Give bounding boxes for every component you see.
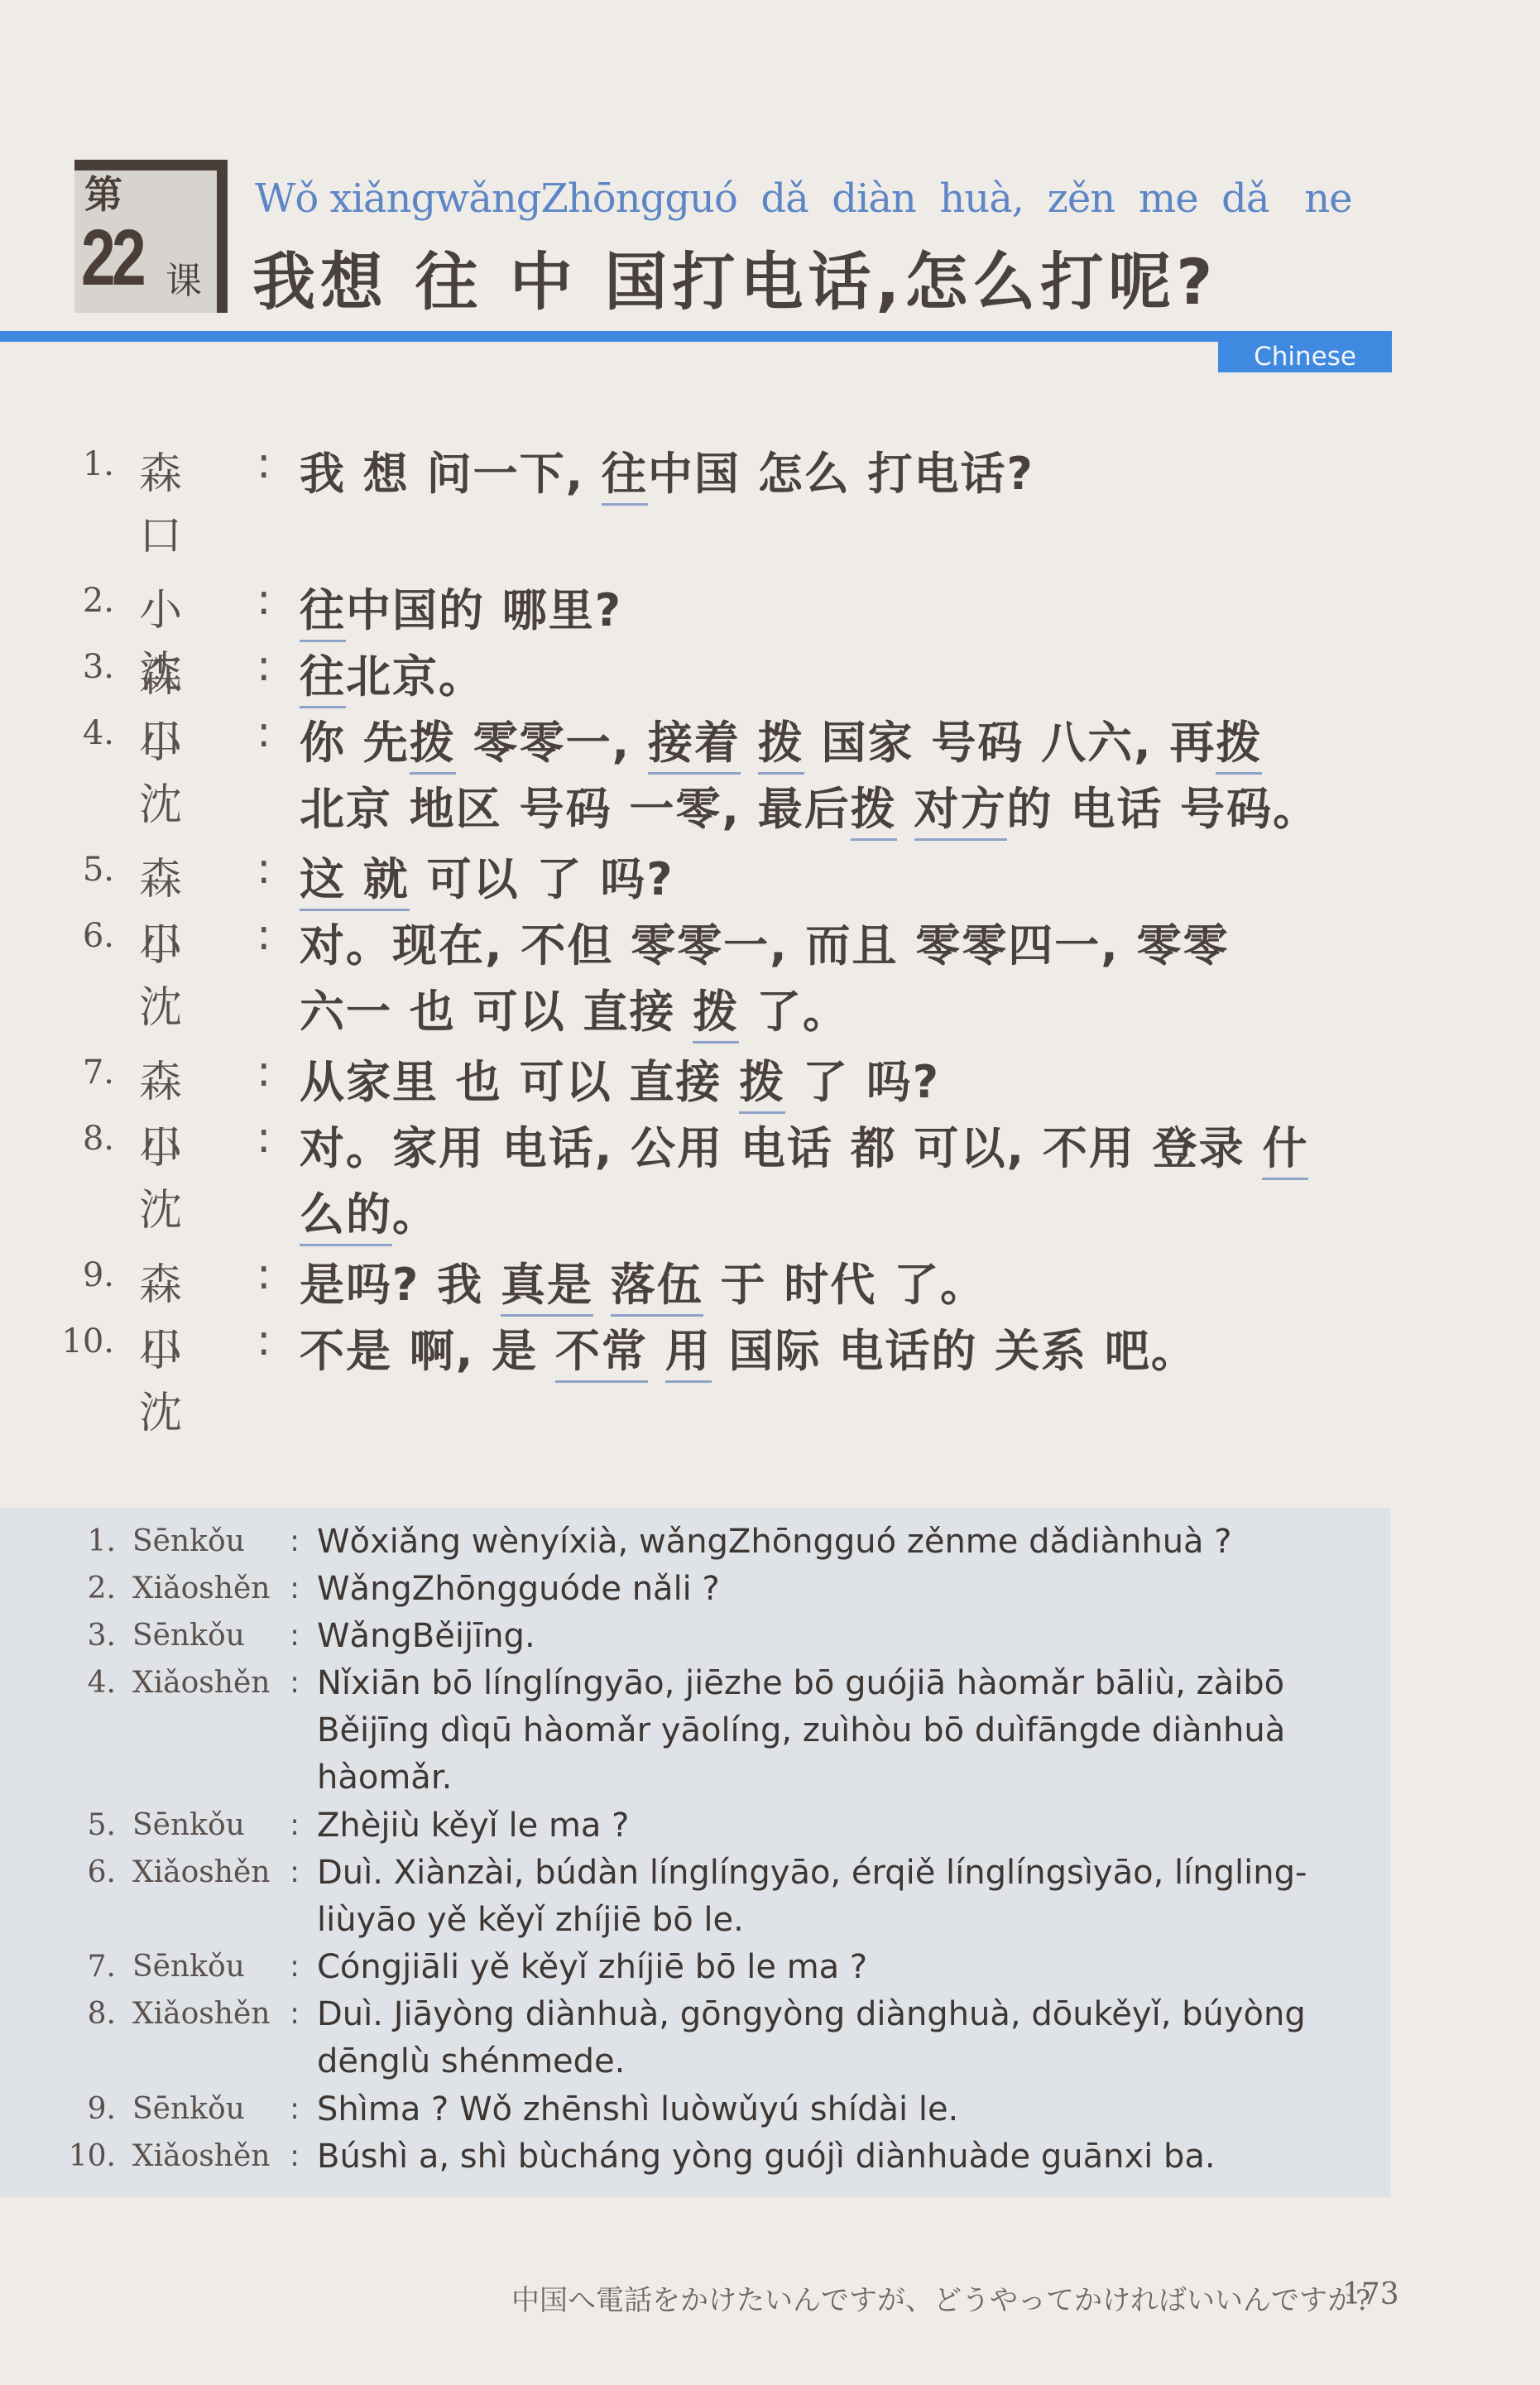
speaker-name: Sēnkǒu <box>132 1619 245 1653</box>
speaker-name: Xiǎoshěn <box>132 1997 270 2031</box>
speaker-name: 小沈 <box>139 910 182 1034</box>
speaker-colon: : <box>290 2139 300 2173</box>
vocab-underline: 往 <box>602 448 648 506</box>
speaker-colon: : <box>290 1808 300 1842</box>
line-number: 3. <box>66 1619 116 1653</box>
line-number: 8. <box>40 1120 114 1158</box>
text-segment: 你 先 <box>300 717 410 769</box>
text-segment: 的 电话 号码。 <box>1007 783 1320 835</box>
text-segment: 北京 地区 号码 一零, 最后 <box>300 783 851 835</box>
speaker-colon: : <box>290 1997 300 2031</box>
lesson-number: 22 <box>81 218 142 298</box>
speaker-colon: : <box>290 1950 300 1984</box>
pinyin-text: hàomǎr. <box>317 1759 452 1797</box>
text-segment <box>593 1259 611 1311</box>
pinyin-text: Zhèjiù kěyǐ le ma ? <box>317 1807 629 1845</box>
pinyin-text: Búshì a, shì bùcháng yòng guójì diànhuàd… <box>317 2138 1216 2176</box>
dialogue-text: 往北京。 <box>300 641 485 705</box>
lesson-prefix: 第 <box>84 175 122 214</box>
line-number: 7. <box>40 1053 114 1092</box>
speaker-colon: : <box>257 1047 271 1097</box>
pinyin-text: Duì. Jiāyòng diànhuà, gōngyòng diànghuà,… <box>317 1995 1306 2033</box>
pinyin-text: WǎngBěijīng. <box>317 1617 535 1655</box>
text-segment: 中国的 哪里? <box>346 584 622 636</box>
text-segment: 北京。 <box>346 650 485 703</box>
line-number: 4. <box>66 1666 116 1700</box>
vocab-underline: 真是 <box>501 1259 593 1317</box>
line-number: 2. <box>40 582 114 620</box>
pinyin-text: Nǐxiān bō línglíngyāo, jiēzhe bō guójiā … <box>317 1664 1284 1702</box>
speaker-colon: : <box>257 1113 271 1163</box>
speaker-colon: : <box>257 708 271 757</box>
dialogue-text: 不是 啊, 是 不常 用 国际 电话的 关系 吧。 <box>300 1316 1197 1380</box>
speaker-colon: : <box>257 1250 271 1299</box>
page-number: 173 <box>1342 2277 1399 2311</box>
vocab-underline: 么的 <box>300 1188 392 1246</box>
line-number: 8. <box>66 1997 116 2031</box>
speaker-name: Sēnkǒu <box>132 1524 245 1558</box>
speaker-colon: : <box>290 1855 300 1889</box>
speaker-colon: : <box>257 910 271 960</box>
speaker-colon: : <box>257 844 271 894</box>
pinyin-text: Cóngjiāli yě kěyǐ zhíjiē bō le ma ? <box>317 1948 867 1986</box>
text-segment: 。 <box>392 1188 439 1240</box>
header-divider <box>0 331 1392 342</box>
text-segment: 我 想 问一下, <box>300 448 602 500</box>
speaker-name: Xiǎoshěn <box>132 1666 270 1700</box>
dialogue-text: 你 先拨 零零一, 接着 拨 国家 号码 八六, 再拨 <box>300 708 1262 771</box>
pinyin-text: dēnglù shénmede. <box>317 2042 625 2080</box>
line-number: 6. <box>40 917 114 955</box>
vocab-underline: 拨 <box>693 986 739 1044</box>
pinyin-text: Běijīng dìqū hàomǎr yāolíng, zuìhòu bō d… <box>317 1711 1285 1749</box>
pinyin-transcription-box: 1.Sēnkǒu:Wǒxiǎng wènyíxià, wǎngZhōngguó … <box>0 1508 1390 2197</box>
pinyin-text: WǎngZhōngguóde nǎli ? <box>317 1570 720 1608</box>
line-number: 7. <box>66 1950 116 1984</box>
line-number: 4. <box>40 714 114 752</box>
line-number: 2. <box>66 1572 116 1605</box>
vocab-underline: 这 就 <box>300 853 410 911</box>
dialogue-text: 对。家用 电话, 公用 电话 都 可以, 不用 登录 什 <box>300 1113 1308 1177</box>
vocab-underline: 拨 <box>739 1056 785 1114</box>
text-segment: 了。 <box>739 986 849 1038</box>
text-segment: 是吗? 我 <box>300 1259 501 1311</box>
dialogue-text: 对。现在, 不但 零零一, 而且 零零四一, 零零 <box>300 910 1230 974</box>
dialogue-text: 从家里 也 可以 直接 拨 了 吗? <box>300 1047 940 1111</box>
line-number: 1. <box>40 445 114 483</box>
text-segment: 不是 啊, 是 <box>300 1325 555 1377</box>
speaker-colon: : <box>290 1619 300 1653</box>
vocab-underline: 不常 <box>555 1325 648 1383</box>
dialogue-text: 往中国的 哪里? <box>300 575 622 639</box>
text-segment: 对。家用 电话, 公用 电话 都 可以, 不用 登录 <box>300 1122 1262 1174</box>
text-segment: 从家里 也 可以 直接 <box>300 1056 739 1108</box>
page-title: 我想 往 中 国打电话,怎么打呢? <box>252 232 1217 322</box>
line-number: 1. <box>66 1524 116 1558</box>
line-number: 9. <box>66 2092 116 2126</box>
vocab-underline: 拨 <box>758 717 804 775</box>
line-number: 6. <box>66 1855 116 1889</box>
speaker-name: 小沈 <box>139 1113 182 1237</box>
vocab-underline: 接着 <box>648 717 741 775</box>
vocab-underline: 拨 <box>1216 717 1262 775</box>
speaker-colon: : <box>290 1572 300 1605</box>
speaker-name: 小沈 <box>139 1316 182 1440</box>
dialogue-text: 北京 地区 号码 一零, 最后拨 对方的 电话 号码。 <box>300 774 1319 837</box>
speaker-name: Sēnkǒu <box>132 1950 245 1984</box>
text-segment <box>648 1325 665 1377</box>
vocab-underline: 对方 <box>914 783 1007 841</box>
speaker-name: Xiǎoshěn <box>132 1855 270 1889</box>
pinyin-text: Duì. Xiànzài, búdàn línglíngyāo, érqiě l… <box>317 1854 1307 1892</box>
dialogue-text: 六一 也 可以 直接 拨 了。 <box>300 977 849 1040</box>
dialogue-text: 是吗? 我 真是 落伍 于 时代 了。 <box>300 1250 986 1313</box>
language-tab: Chinese <box>1218 342 1392 372</box>
pinyin-text: Wǒxiǎng wènyíxià, wǎngZhōngguó zěnme dǎd… <box>317 1523 1232 1561</box>
lesson-number-badge: 第 22 课 <box>74 160 228 313</box>
text-segment: 零零一, <box>456 717 648 769</box>
speaker-name: Sēnkǒu <box>132 1808 245 1842</box>
text-segment <box>897 783 914 835</box>
speaker-colon: : <box>257 641 271 691</box>
speaker-name: 小沈 <box>139 708 182 832</box>
speaker-colon: : <box>290 1666 300 1700</box>
text-segment: 中国 怎么 打电话? <box>648 448 1034 500</box>
dialogue-text: 么的。 <box>300 1179 439 1243</box>
line-number: 5. <box>40 851 114 889</box>
speaker-name: Sēnkǒu <box>132 2092 245 2126</box>
vocab-underline: 往 <box>300 650 346 708</box>
text-segment <box>741 717 758 769</box>
line-number: 10. <box>40 1322 114 1360</box>
pinyin-text: Shìma ? Wǒ zhēnshì luòwǔyú shídài le. <box>317 2090 958 2128</box>
speaker-colon: : <box>290 2092 300 2126</box>
title-pinyin: Wǒ xiǎngwǎngZhōngguó dǎ diàn huà, zěn me… <box>255 175 1352 222</box>
speaker-colon: : <box>290 1524 300 1558</box>
vocab-underline: 往 <box>300 584 346 642</box>
line-number: 9. <box>40 1256 114 1294</box>
vocab-underline: 落伍 <box>611 1259 703 1317</box>
text-segment: 国际 电话的 关系 吧。 <box>712 1325 1197 1377</box>
dialogue-text: 我 想 问一下, 往中国 怎么 打电话? <box>300 439 1034 502</box>
line-number: 5. <box>66 1808 116 1842</box>
vocab-underline: 什 <box>1262 1122 1308 1180</box>
running-title: 中国へ電話をかけたいんですが、どうやってかければいいんですか? <box>511 2277 1370 2318</box>
vocab-underline: 拨 <box>851 783 897 841</box>
text-segment: 六一 也 可以 直接 <box>300 986 693 1038</box>
speaker-name: Xiǎoshěn <box>132 2139 270 2173</box>
speaker-name: 森口 <box>139 439 182 563</box>
text-segment: 可以 了 吗? <box>410 853 674 905</box>
speaker-colon: : <box>257 575 271 625</box>
text-segment: 于 时代 了。 <box>703 1259 986 1311</box>
pinyin-text: liùyāo yě kěyǐ zhíjiē bō le. <box>317 1901 744 1939</box>
text-segment: 对。现在, 不但 零零一, 而且 零零四一, 零零 <box>300 919 1230 972</box>
line-number: 10. <box>66 2139 116 2173</box>
vocab-underline: 用 <box>665 1325 712 1383</box>
line-number: 3. <box>40 648 114 686</box>
text-segment: 国家 号码 八六, 再 <box>804 717 1216 769</box>
speaker-name: Xiǎoshěn <box>132 1572 270 1605</box>
text-segment: 了 吗? <box>785 1056 940 1108</box>
vocab-underline: 拨 <box>410 717 456 775</box>
lesson-suffix: 课 <box>166 263 202 300</box>
speaker-colon: : <box>257 439 271 488</box>
dialogue-text: 这 就 可以 了 吗? <box>300 844 674 908</box>
speaker-colon: : <box>257 1316 271 1365</box>
